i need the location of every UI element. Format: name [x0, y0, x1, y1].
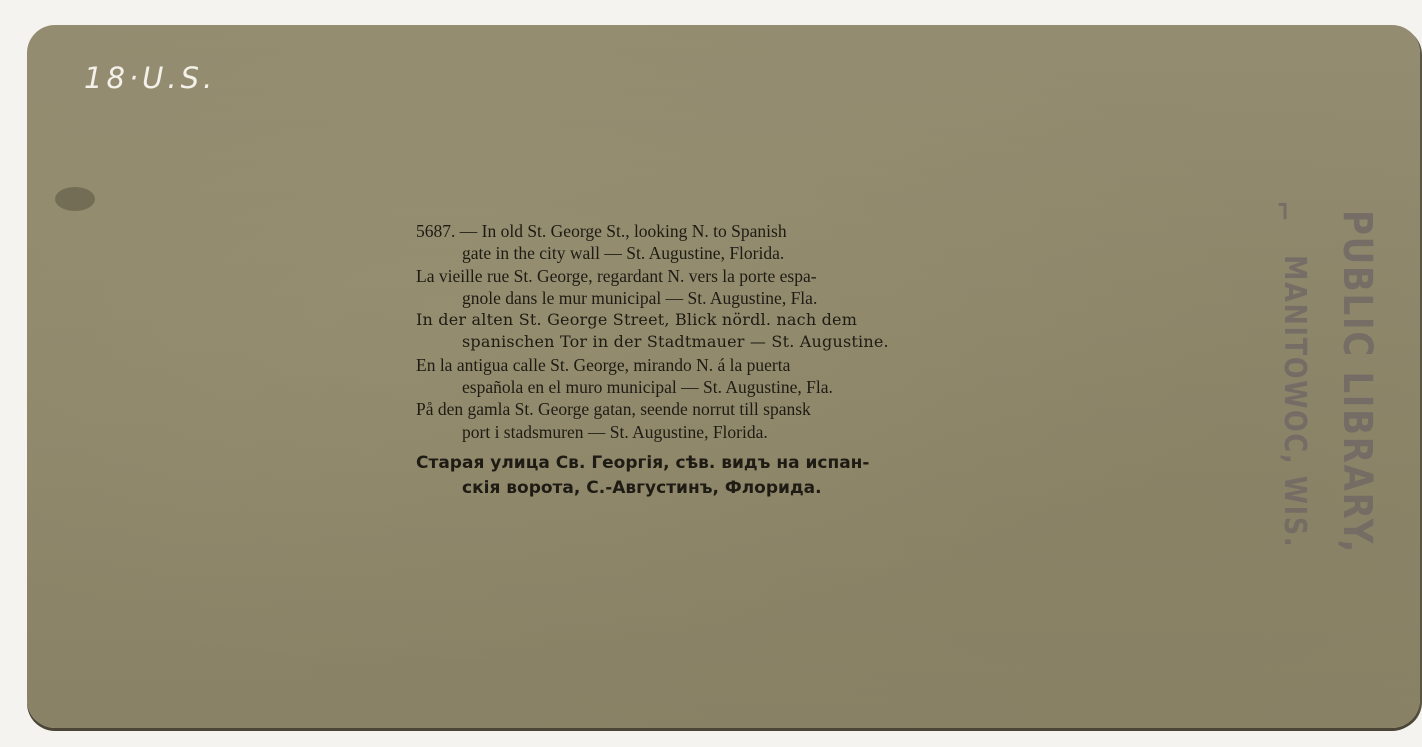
library-stamp-line2: MANITOWOC, WIS.: [1277, 255, 1312, 548]
stain-mark: [55, 187, 95, 211]
caption-line: gnole dans le mur municipal — St. August…: [416, 287, 1026, 309]
caption-german: In der alten St. George Street, Blick nö…: [416, 309, 1026, 354]
caption-line: Старая улица Св. Георгія, сѣв. видъ на и…: [416, 451, 1026, 476]
library-stamp-line1: PUBLIC LIBRARY,: [1334, 210, 1380, 554]
caption-line: скія ворота, С.-Августинъ, Флорида.: [416, 476, 1026, 501]
caption-line: La vieille rue St. George, regardant N. …: [416, 265, 1026, 287]
caption-english: 5687. — In old St. George St., looking N…: [416, 220, 1026, 265]
caption-line: española en el muro municipal — St. Augu…: [416, 376, 1026, 398]
caption-spanish: En la antigua calle St. George, mirando …: [416, 354, 1026, 399]
caption-block: 5687. — In old St. George St., looking N…: [416, 220, 1026, 501]
stamp-mark-icon: ⌐: [1268, 200, 1298, 224]
caption-french: La vieille rue St. George, regardant N. …: [416, 265, 1026, 310]
caption-russian: Старая улица Св. Георгія, сѣв. видъ на и…: [416, 451, 1026, 501]
caption-line: In der alten St. George Street, Blick nö…: [416, 309, 1026, 331]
caption-line: 5687. — In old St. George St., looking N…: [416, 220, 1026, 242]
caption-swedish: På den gamla St. George gatan, seende no…: [416, 398, 1026, 443]
caption-line: En la antigua calle St. George, mirando …: [416, 354, 1026, 376]
handwritten-note: 18·U.S.: [84, 61, 216, 95]
caption-line: port i stadsmuren — St. Augustine, Flori…: [416, 421, 1026, 443]
caption-line: gate in the city wall — St. Augustine, F…: [416, 242, 1026, 264]
caption-line: På den gamla St. George gatan, seende no…: [416, 398, 1026, 420]
caption-line: spanischen Tor in der Stadtmauer — St. A…: [416, 331, 1026, 353]
